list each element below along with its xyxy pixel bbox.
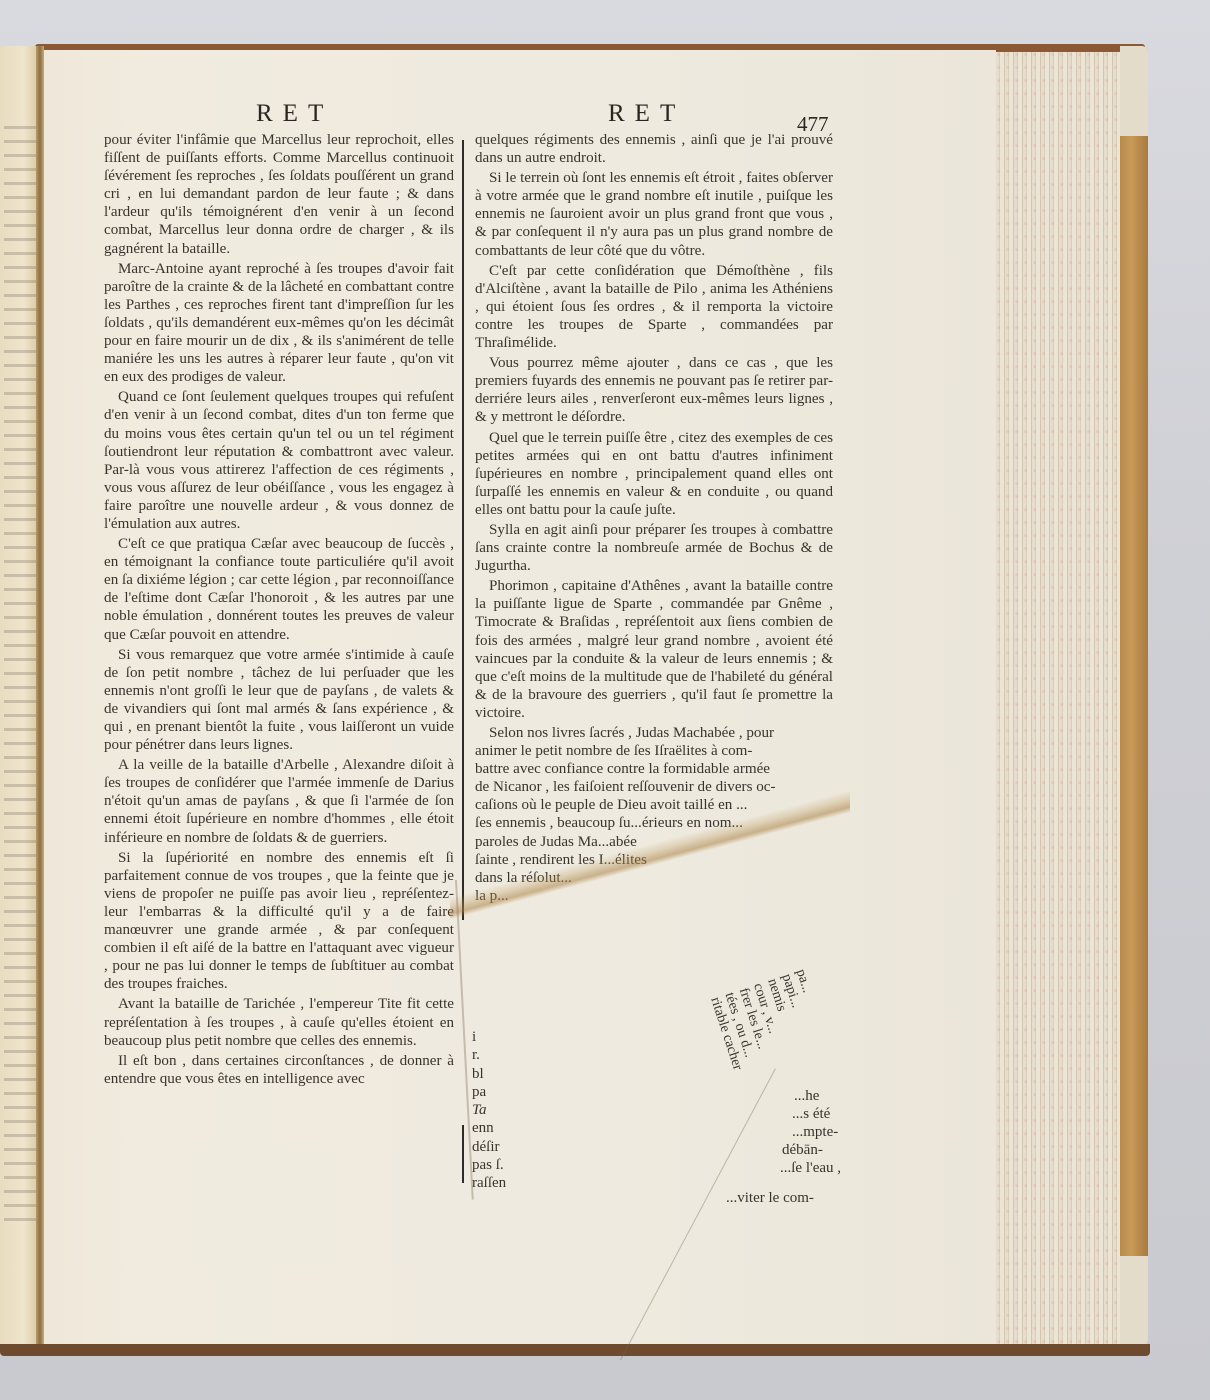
paragraph: Quand ce ſont ſeulement quelques troupes… [104, 388, 454, 533]
torn-line: animer le petit nombre de ſes Iſraëlites… [475, 742, 833, 760]
paragraph: A la veille de la bataille d'Arbelle , A… [104, 756, 454, 846]
column-rule-lower [462, 1125, 464, 1183]
fragment-text: ...ſe l'eau , [780, 1160, 841, 1177]
fragment-text: débān- [782, 1142, 823, 1159]
paragraph: Marc-Antoine ayant reproché à ſes troupe… [104, 260, 454, 387]
book-spread: RET RET 477 pour éviter l'infâmie que Ma… [0, 0, 1210, 1400]
torn-line: Selon nos livres ſacrés , Judas Machabée… [475, 724, 833, 742]
fragment-bottom: ...viter le com- [726, 1190, 814, 1207]
book-cover-right [1120, 46, 1148, 1346]
left-column: pour éviter l'infâmie que Marcellus leur… [104, 131, 454, 1090]
paragraph: Vous pourrez même ajouter , dans ce cas … [475, 354, 833, 426]
paragraph: Si vous remarquez que votre armée s'inti… [104, 646, 454, 755]
left-page-bleed-text [4, 126, 38, 1226]
fragment-text: Ta [472, 1101, 506, 1119]
paragraph: Si la ſupériorité en nombre des ennemis … [104, 849, 454, 994]
book-gutter [36, 46, 44, 1346]
fragment-text: enn [472, 1119, 506, 1137]
paragraph: C'eſt par cette conſidération que Démoſt… [475, 262, 833, 352]
paragraph: Sylla en agit ainſi pour préparer ſes tr… [475, 521, 833, 575]
vellum-corner-bottom [1120, 1256, 1148, 1346]
fragment-text: raſſen [472, 1174, 506, 1192]
paragraph: Si le terrein où ſont les ennemis eſt ét… [475, 169, 833, 259]
torn-line: ſes ennemis , beaucoup ſu...érieurs en n… [475, 814, 833, 832]
running-head-left: RET [256, 100, 333, 128]
paragraph: pour éviter l'infâmie que Marcellus leur… [104, 131, 454, 258]
column-rule [462, 140, 464, 920]
running-head-right: RET [608, 100, 685, 128]
left-page-edge [0, 46, 40, 1346]
fragment-text: r. [472, 1046, 506, 1064]
fragment-text: ...he [794, 1088, 819, 1105]
book-cover-bottom [0, 1344, 1150, 1356]
paragraph: Avant la bataille de Tarichée , l'empere… [104, 995, 454, 1049]
fragment-text: ...mpte- [792, 1124, 838, 1141]
paragraph: C'eſt ce que pratiqua Cæſar avec beaucou… [104, 535, 454, 644]
torn-line: paroles de Judas Ma...abée [475, 833, 833, 851]
vellum-corner-top [1120, 46, 1148, 136]
fragment-text: pa [472, 1083, 506, 1101]
fragment-left-edge: i r. bl pa Ta enn déſir pas ſ. raſſen [472, 1028, 506, 1193]
right-column: quelques régiments des ennemis , ainſi q… [475, 131, 833, 905]
page-fore-edge [996, 52, 1120, 1344]
torn-line: caſions où le peuple de Dieu avoit taill… [475, 796, 833, 814]
fragment-text: i [472, 1028, 506, 1046]
paragraph: Phorimon , capitaine d'Athênes , avant l… [475, 577, 833, 722]
fragment-text: bl [472, 1065, 506, 1083]
torn-line: de Nicanor , les faiſoient reſſouvenir d… [475, 778, 833, 796]
paragraph: quelques régiments des ennemis , ainſi q… [475, 131, 833, 167]
paragraph: Il eſt bon , dans certaines circonſtance… [104, 1052, 454, 1088]
torn-line: battre avec confiance contre la formidab… [475, 760, 833, 778]
torn-line: ſainte , rendirent les I...élites [475, 851, 833, 869]
torn-line: la p... [475, 887, 833, 905]
torn-paragraph: Selon nos livres ſacrés , Judas Machabée… [475, 724, 833, 905]
paragraph: Quel que le terrein puiſſe être , citez … [475, 429, 833, 519]
fragment-text: déſir [472, 1138, 506, 1156]
torn-line: dans la réſolut... [475, 869, 833, 887]
fragment-text: ...s été [792, 1106, 830, 1123]
fragment-text: pas ſ. [472, 1156, 506, 1174]
